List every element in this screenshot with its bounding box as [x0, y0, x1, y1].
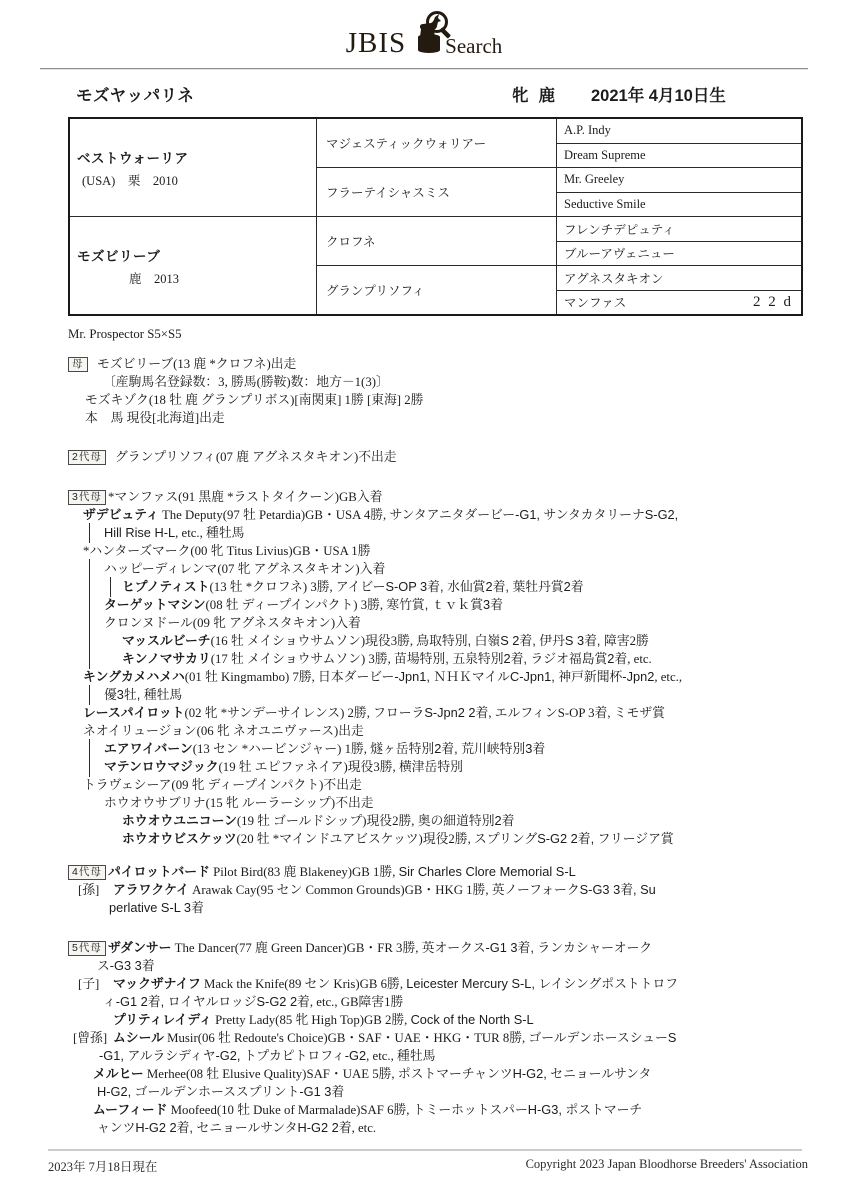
tree-connector-line — [110, 577, 111, 597]
pedigree-table: ベストウォーリア (USA) 栗 2010 マジェスティックウォリアー A.P.… — [68, 117, 803, 316]
logo-text-jbis: JBIS — [346, 29, 406, 60]
pedigree-line: ャンツH-G2 2着, セニョールサンタH-G2 2着, etc. — [68, 1119, 792, 1137]
title-bar: モズヤッパリネ 牝 鹿 2021年 4月10日生 — [68, 80, 776, 108]
tree-connector-line — [89, 613, 90, 633]
tree-connector-line — [89, 577, 90, 597]
pedigree-line: レースパイロット(02 牝 *サンデーサイレンス) 2勝, フローラS-Jpn2… — [68, 704, 792, 722]
pedigree-line: Hill Rise H-L, etc., 種牡馬 — [68, 524, 792, 542]
pedigree-line: グランプリソフィ(07 鹿 アグネスタキオン)不出走 — [68, 448, 792, 466]
ggp-cell: アグネスタキオン — [557, 266, 803, 291]
pedigree-line: perlative S-L 3着 — [68, 899, 792, 917]
relation-label: [子] — [78, 975, 99, 993]
grandsire-cell: クロフネ — [317, 217, 557, 266]
pedigree-line: キンノマサカリ(17 牡 メイショウサムソン) 3勝, 苗場特別, 五泉特別2着… — [68, 650, 792, 668]
pedigree-line: -G1, アルラシディヤ-G2, トプカピトロフィ-G2, etc., 種牡馬 — [68, 1047, 792, 1065]
family-section: 母モズビリーブ(13 鹿 *クロフネ)出走〔産駒馬名登録数：3, 勝馬(勝鞍)数… — [68, 355, 792, 427]
footer-copyright: Copyright 2023 Japan Bloodhorse Breeders… — [526, 1157, 808, 1175]
dam-detail: 鹿 2013 — [77, 269, 316, 287]
pedigree-line: モズキゾク(18 牡 鹿 グランプリボス)[南関東] 1勝 [東海] 2勝 — [68, 391, 792, 409]
logo-text-search: Search — [445, 36, 502, 60]
pedigree-line: マッスルビーチ(16 牡 メイショウサムソン)現役3勝, 鳥取特別, 白嶺S 2… — [68, 632, 792, 650]
ggp-name: マンファス — [564, 293, 626, 311]
ggp-cell-with-family-number: マンファス 2 2 d — [557, 290, 803, 315]
family-section: 3代母*マンファス(91 黒鹿 *ラストタイクーン)GB入着ザデビュティ The… — [68, 488, 792, 848]
family-section: 4代母パイロットバード Pilot Bird(83 鹿 Blakeney)GB … — [68, 863, 792, 917]
pedigree-line: ヒプノティスト(13 牡 *クロフネ) 3勝, アイビーS-OP 3着, 水仙賞… — [68, 578, 792, 596]
pedigree-line: マテンロウマジック(19 牡 エピファネイア)現役3勝, 横津岳特別 — [68, 758, 792, 776]
family-section: 2代母グランプリソフィ(07 鹿 アグネスタキオン)不出走 — [68, 448, 792, 466]
pedigree-line: ホウオウユニコーン(19 牡 ゴールドシップ)現役2勝, 奥の細道特別2着 — [68, 812, 792, 830]
pedigree-line: エアワイバーン(13 セン *ハービンジャー) 1勝, 燧ヶ岳特別2着, 荒川峡… — [68, 740, 792, 758]
tree-connector-line — [89, 757, 90, 777]
horse-birthdate: 2021年 4月10日生 — [591, 82, 726, 106]
sire-name: ベストウォーリア — [77, 147, 316, 167]
ggp-cell: Seductive Smile — [557, 192, 803, 217]
jbis-logo: JBIS Search — [0, 0, 848, 60]
family-number: 2 2 d — [753, 294, 793, 311]
tree-connector-line — [89, 685, 90, 705]
pedigree-line: メルヒー Merhee(08 牡 Elusive Quality)SAF・UAE… — [68, 1065, 792, 1083]
grandsire-cell: マジェスティックウォリアー — [317, 118, 557, 168]
family-section: 5代母ザダンサー The Dancer(77 鹿 Green Dancer)GB… — [68, 939, 792, 1137]
pedigree-line: 優3牡, 種牡馬 — [68, 686, 792, 704]
pedigree-line: [曾孫]ムシール Musir(06 牡 Redoute's Choice)GB・… — [68, 1029, 792, 1047]
horse-sex: 牝 — [512, 82, 529, 106]
dam-cell: モズビリーブ 鹿 2013 — [69, 217, 317, 316]
pedigree-line: ス-G3 3着 — [68, 957, 792, 975]
ggp-cell: A.P. Indy — [557, 118, 803, 143]
sire-cell: ベストウォーリア (USA) 栗 2010 — [69, 118, 317, 217]
granddam-cell: グランプリソフィ — [317, 266, 557, 316]
tree-connector-line — [89, 595, 90, 615]
footer: 2023年 7月18日現在 Copyright 2023 Japan Blood… — [48, 1157, 808, 1175]
footer-date: 2023年 7月18日現在 — [48, 1157, 157, 1175]
pedigree-line: ネオイリュージョン(06 牝 ネオユニヴァース)出走 — [68, 722, 792, 740]
tree-connector-line — [89, 523, 90, 543]
pedigree-line: ィ-G1 2着, ロイヤルロッジS-G2 2着, etc., GB障害1勝 — [68, 993, 792, 1011]
pedigree-line: *マンファス(91 黒鹿 *ラストタイクーン)GB入着 — [68, 488, 792, 506]
family-sections: 母モズビリーブ(13 鹿 *クロフネ)出走〔産駒馬名登録数：3, 勝馬(勝鞍)数… — [68, 355, 792, 1137]
pedigree-line: [子]マックザナイフ Mack the Knife(89 セン Kris)GB … — [68, 975, 792, 993]
ggp-cell: フレンチデピュティ — [557, 217, 803, 242]
pedigree-line: 本 馬 現役[北海道]出走 — [68, 409, 792, 427]
header-divider — [40, 68, 808, 70]
relation-label: [曾孫] — [73, 1029, 107, 1047]
pedigree-line: クロンヌドール(09 牝 アグネスタキオン)入着 — [68, 614, 792, 632]
tree-connector-line — [89, 631, 90, 651]
pedigree-line: *ハンターズマーク(00 牝 Titus Livius)GB・USA 1勝 — [68, 542, 792, 560]
tree-connector-line — [89, 739, 90, 759]
footer-divider — [48, 1149, 802, 1151]
pedigree-line: ザデビュティ The Deputy(97 牡 Petardia)GB・USA 4… — [68, 506, 792, 524]
tree-connector-line — [89, 559, 90, 579]
granddam-cell: フラーテイシャスミス — [317, 168, 557, 217]
pedigree-line: モズビリーブ(13 鹿 *クロフネ)出走 — [68, 355, 792, 373]
dam-name: モズビリーブ — [77, 245, 316, 265]
pedigree-line: ムーフィード Moofeed(10 牡 Duke of Marmalade)SA… — [68, 1101, 792, 1119]
pedigree-line: [孫]アラワクケイ Arawak Cay(95 セン Common Ground… — [68, 881, 792, 899]
pedigree-line: ターゲットマシン(08 牡 ディープインパクト) 3勝, 寒竹賞, ｔｖｋ賞3着 — [68, 596, 792, 614]
pedigree-line: ザダンサー The Dancer(77 鹿 Green Dancer)GB・FR… — [68, 939, 792, 957]
pedigree-line: キングカメハメハ(01 牡 Kingmambo) 7勝, 日本ダービー-Jpn1… — [68, 668, 792, 686]
tree-connector-line — [89, 649, 90, 669]
pedigree-line: パイロットバード Pilot Bird(83 鹿 Blakeney)GB 1勝,… — [68, 863, 792, 881]
ggp-cell: ブルーアヴェニュー — [557, 241, 803, 266]
pedigree-line: ホウオウビスケッツ(20 牡 *マインドユアビスケッツ)現役2勝, スプリングS… — [68, 830, 792, 848]
sire-detail: (USA) 栗 2010 — [77, 171, 316, 189]
inbreeding-note: Mr. Prospector S5×S5 — [68, 325, 848, 343]
pedigree-line: トラヴェシーア(09 牝 ディープインパクト)不出走 — [68, 776, 792, 794]
ggp-cell: Dream Supreme — [557, 143, 803, 168]
horse-sex-coat-birth: 牝 鹿 2021年 4月10日生 — [512, 82, 726, 106]
horse-coat: 鹿 — [539, 82, 556, 106]
pedigree-line: プリティレイディ Pretty Lady(85 牝 High Top)GB 2勝… — [68, 1011, 792, 1029]
pedigree-line: ホウオウサブリナ(15 牝 ルーラーシップ)不出走 — [68, 794, 792, 812]
pedigree-line: H-G2, ゴールデンホーススプリント-G1 3着 — [68, 1083, 792, 1101]
pedigree-page: { "header": { "logo_jbis": "JBIS", "logo… — [0, 0, 848, 1200]
ggp-cell: Mr. Greeley — [557, 168, 803, 193]
horse-name: モズヤッパリネ — [76, 82, 194, 106]
relation-label: [孫] — [78, 881, 99, 899]
pedigree-line: ハッピーディレンマ(07 牝 アグネスタキオン)入着 — [68, 560, 792, 578]
pedigree-line: 〔産駒馬名登録数：3, 勝馬(勝鞍)数：地方－1(3)〕 — [68, 373, 792, 391]
